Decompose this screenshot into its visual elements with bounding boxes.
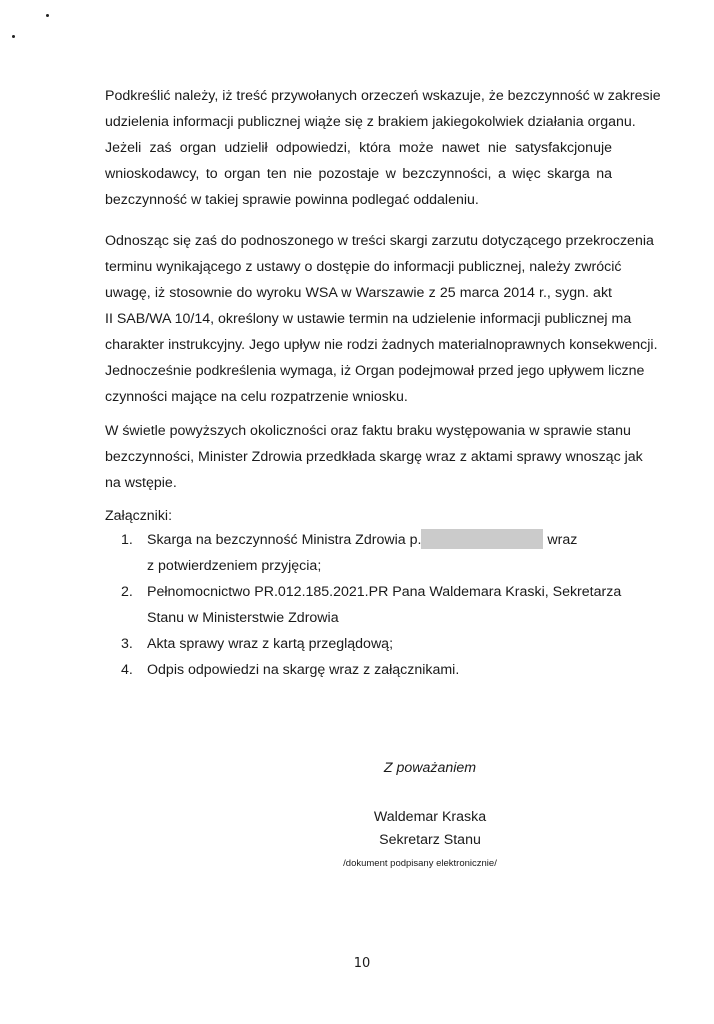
text-line: udzielenia informacji publicznej wiąże s… [105, 109, 612, 135]
text-line: Odnosząc się zaś do podnoszonego w treśc… [105, 228, 612, 254]
text-line: bezczynności, Minister Zdrowia przedkład… [105, 444, 612, 470]
text-line: uwagę, iż stosownie do wyroku WSA w Wars… [105, 280, 612, 306]
text-line: terminu wynikającego z ustawy o dostępie… [105, 254, 612, 280]
attachment-text: wraz [547, 532, 577, 548]
list-number: 1. [121, 527, 133, 553]
attachments-list: 1. Skarga na bezczynność Ministra Zdrowi… [121, 527, 621, 683]
attachment-item: 4. Odpis odpowiedzi na skargę wraz z zał… [121, 657, 621, 683]
redacted-name [421, 529, 543, 549]
attachment-item: 1. Skarga na bezczynność Ministra Zdrowi… [121, 527, 621, 579]
attachment-text: Akta sprawy wraz z kartą przeglądową; [147, 636, 393, 652]
paragraph-1: Podkreślić należy, iż treść przywołanych… [105, 83, 612, 213]
text-line: wnioskodawcy, to organ ten nie pozostaje… [105, 161, 612, 187]
attachment-item: 2. Pełnomocnictwo PR.012.185.2021.PR Pan… [121, 579, 621, 631]
attachment-text: Pełnomocnictwo PR.012.185.2021.PR Pana W… [147, 584, 621, 600]
text-line: Jeżeli zaś organ udzielił odpowiedzi, kt… [105, 135, 612, 161]
text-line: czynności mające na celu rozpatrzenie wn… [105, 384, 612, 410]
attachment-text: Odpis odpowiedzi na skargę wraz z załącz… [147, 662, 459, 678]
text-line: II SAB/WA 10/14, określony w ustawie ter… [105, 306, 612, 332]
text-line: na wstępie. [105, 470, 612, 496]
text-line: charakter instrukcyjny. Jego upływ nie r… [105, 332, 612, 358]
list-number: 4. [121, 657, 133, 683]
attachments-heading: Załączniki: [105, 503, 172, 529]
attachment-item: 3. Akta sprawy wraz z kartą przeglądową; [121, 631, 621, 657]
attachment-text: Skarga na bezczynność Ministra Zdrowia p… [147, 532, 421, 548]
list-number: 2. [121, 579, 133, 605]
scan-speck [12, 35, 15, 38]
scan-speck [46, 14, 49, 17]
page-number: 10 [342, 956, 382, 971]
e-signature-note: /dokument podpisany elektronicznie/ [340, 858, 500, 869]
text-line: bezczynność w takiej sprawie powinna pod… [105, 187, 612, 213]
text-line: Podkreślić należy, iż treść przywołanych… [105, 83, 612, 109]
paragraph-2: Odnosząc się zaś do podnoszonego w treśc… [105, 228, 612, 410]
text-line: Jednocześnie podkreślenia wymaga, iż Org… [105, 358, 612, 384]
document-page: Podkreślić należy, iż treść przywołanych… [0, 0, 714, 1024]
paragraph-3: W świetle powyższych okoliczności oraz f… [105, 418, 612, 496]
list-number: 3. [121, 631, 133, 657]
text-line: W świetle powyższych okoliczności oraz f… [105, 418, 612, 444]
signatory-title: Sekretarz Stanu [330, 832, 530, 848]
closing-salutation: Z poważaniem [330, 760, 530, 776]
attachment-text: Stanu w Ministerstwie Zdrowia [147, 610, 339, 626]
signatory-name: Waldemar Kraska [330, 809, 530, 825]
attachment-text: z potwierdzeniem przyjęcia; [147, 558, 321, 574]
